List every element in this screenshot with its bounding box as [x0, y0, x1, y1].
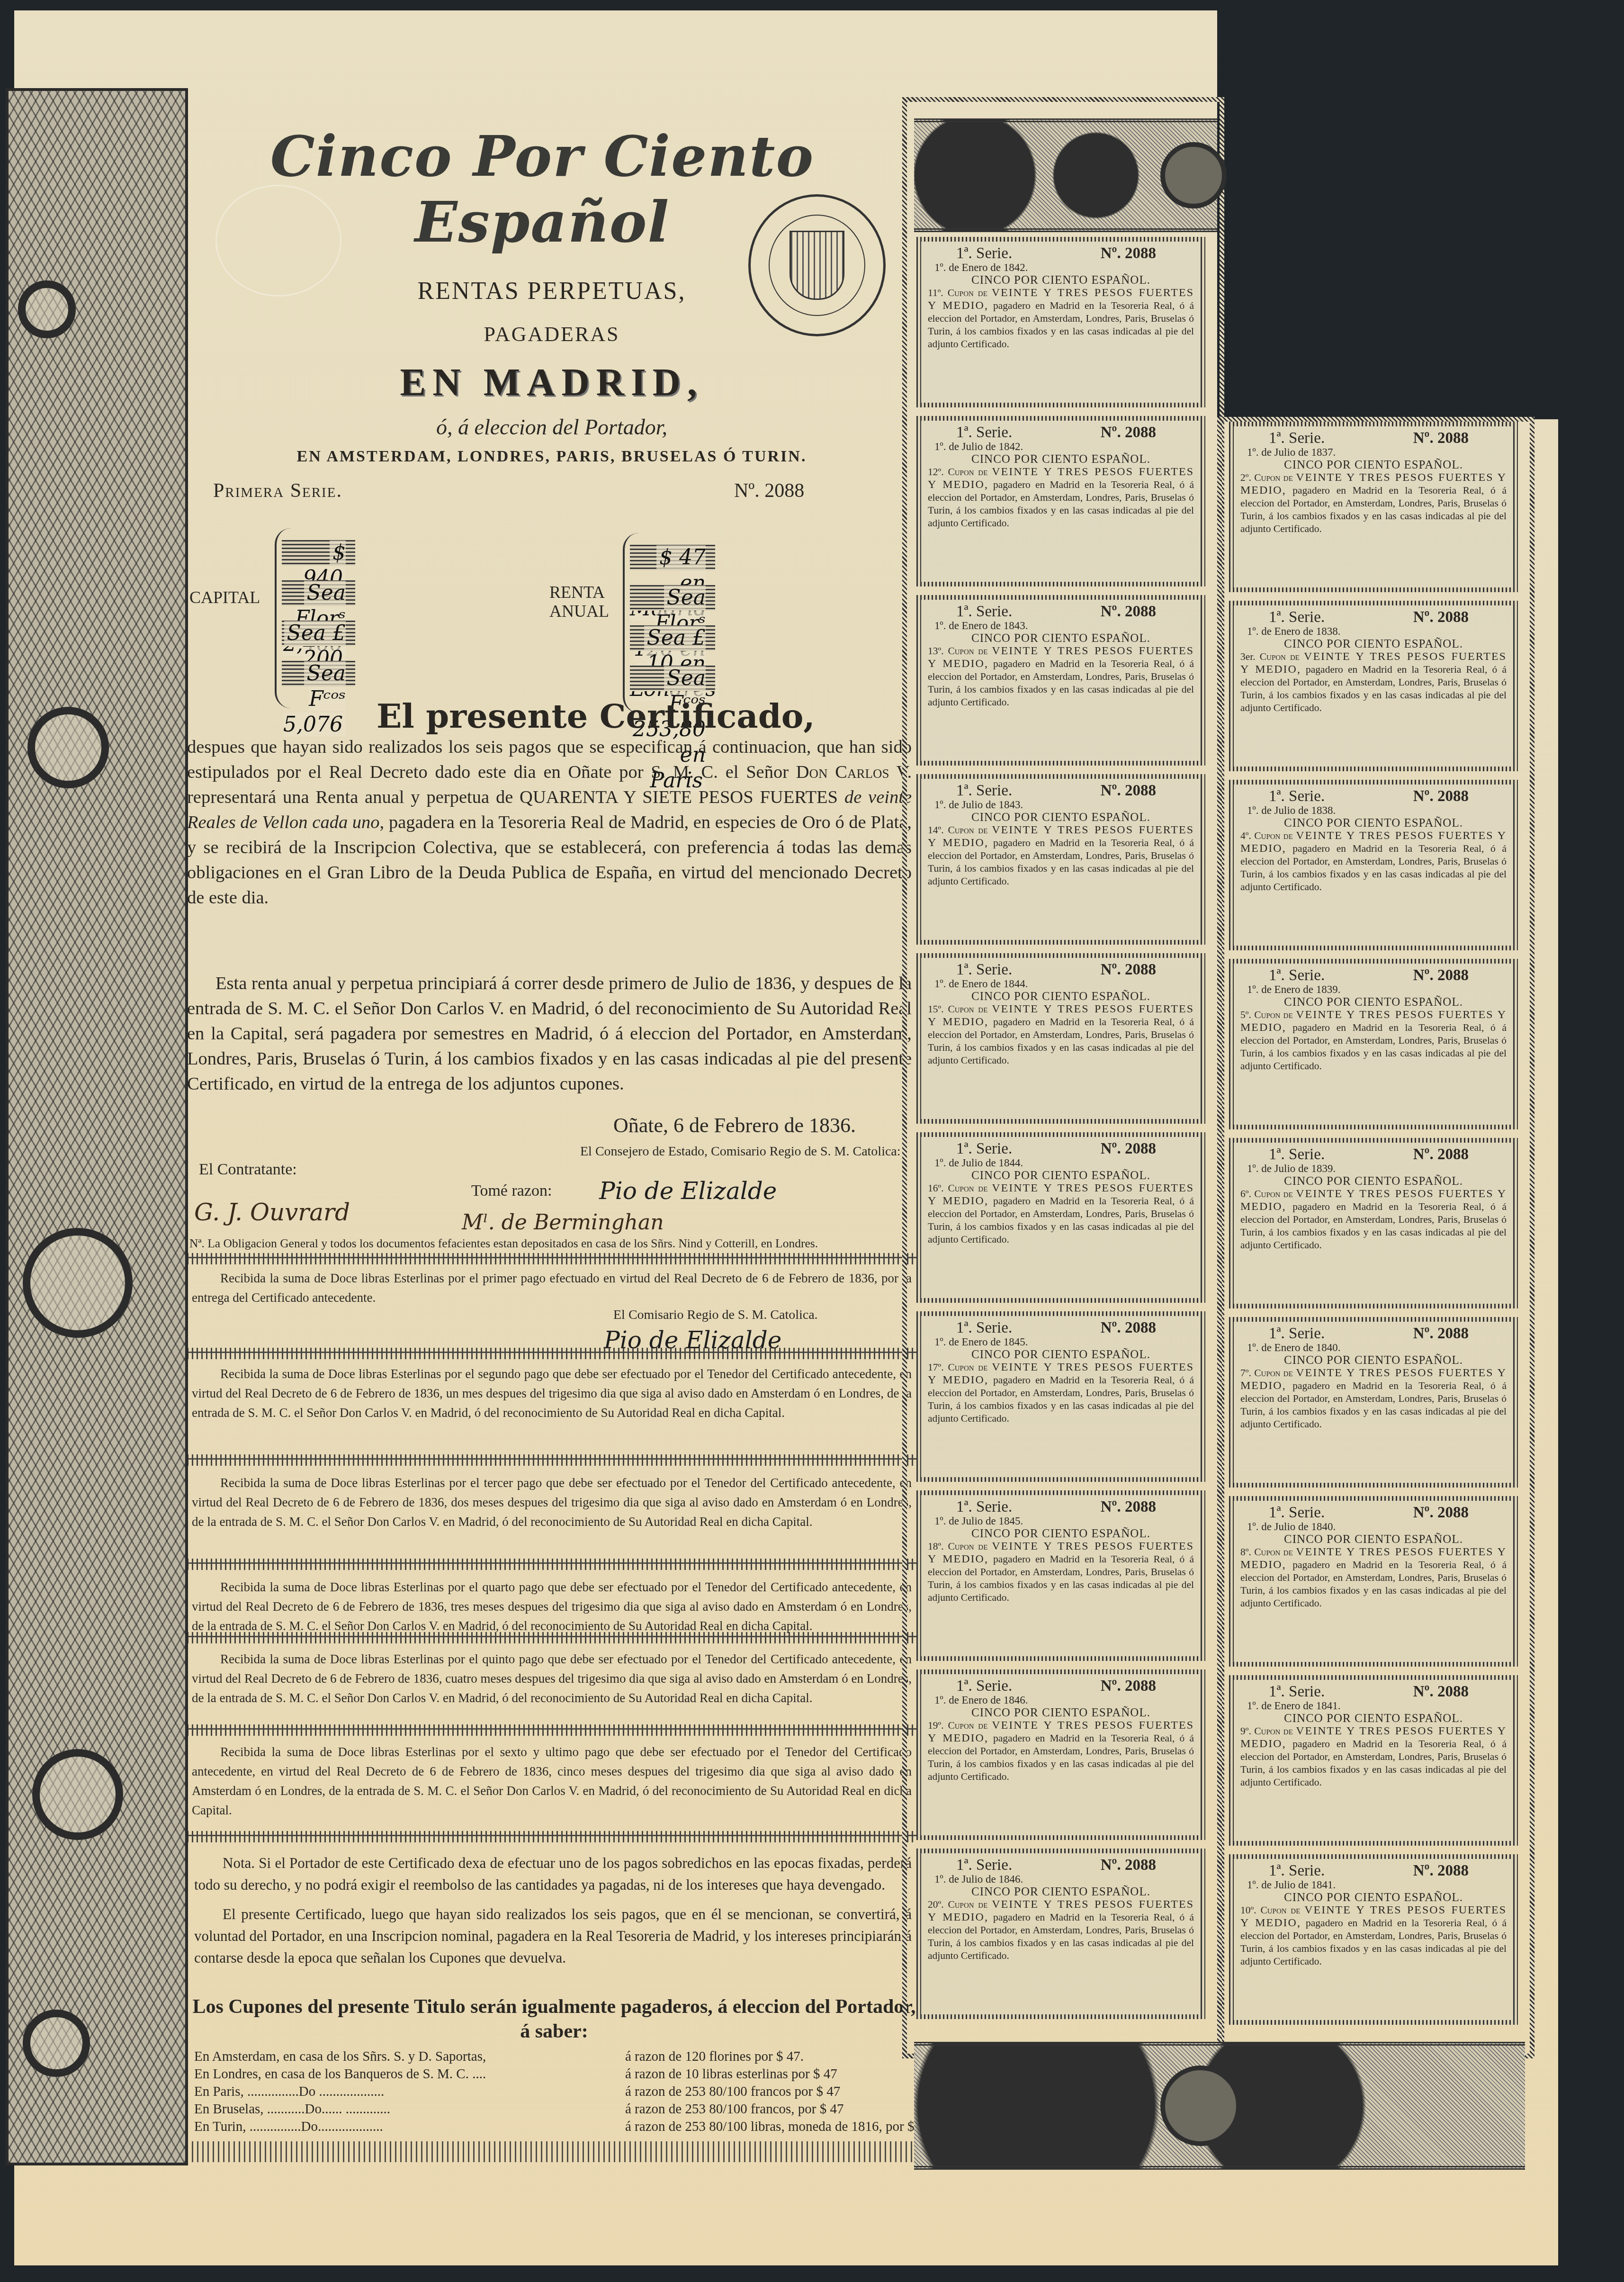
nota-section: Nota. Si el Portador de este Certificado… [194, 1852, 912, 1976]
contratante-label: El Contratante: [199, 1161, 297, 1179]
coupon-header: 1ª. Serie. Nº. 2088 [1240, 1326, 1507, 1341]
left-ornamental-border [6, 88, 188, 2165]
coupon-right_column-8: 1ª. Serie. Nº. 2088 1º. de Enero de 1841… [1229, 1675, 1518, 1846]
coupon-number: Nº. 2088 [1413, 790, 1469, 803]
coupon-date: 1º. de Enero de 1845. [928, 1335, 1194, 1348]
coupon-header: 1ª. Serie. Nº. 2088 [928, 783, 1194, 798]
coupon-right_column-6: 1ª. Serie. Nº. 2088 1º. de Enero de 1840… [1229, 1317, 1518, 1488]
coupon-ordinal: 6º. [1240, 1188, 1251, 1200]
receipt-signatory-label: El Comisario Regio de S. M. Catolica. [613, 1308, 818, 1323]
ornamental-divider [187, 1831, 916, 1842]
coupon-header: 1ª. Serie. Nº. 2088 [1240, 430, 1507, 446]
coupon-date: 1º. de Julio de 1845. [928, 1515, 1194, 1527]
coupon-heading: CINCO POR CIENTO ESPAÑOL. [1240, 1712, 1507, 1725]
coupon-ordinal: 14º. [928, 824, 944, 836]
coupon-ordinal: 8º. [1240, 1546, 1251, 1558]
coupon-header: 1ª. Serie. Nº. 2088 [1240, 1146, 1507, 1162]
receipt-2: Recibida la suma de Doce libras Esterlin… [192, 1364, 912, 1423]
coupon-heading: CINCO POR CIENTO ESPAÑOL. [928, 1169, 1194, 1182]
coupon-cupon-word: Cupon de [1254, 1546, 1293, 1558]
coupon-left_column-1: 1ª. Serie. Nº. 2088 1º. de Enero de 1842… [916, 237, 1205, 407]
coupon-left_column-9: 1ª. Serie. Nº. 2088 1º. de Enero de 1846… [916, 1669, 1205, 1840]
subtitle-rentas: RENTAS PERPETUAS, [187, 277, 916, 305]
royal-seal [748, 194, 886, 336]
coupon-right_column-5: 1ª. Serie. Nº. 2088 1º. de Julio de 1839… [1229, 1138, 1518, 1308]
coupon-heading: CINCO POR CIENTO ESPAÑOL. [1240, 1354, 1507, 1367]
ornamental-divider [187, 1724, 916, 1736]
nota-text: Nota. Si el Portador de este Certificado… [194, 1852, 912, 1896]
coupon-heading: CINCO POR CIENTO ESPAÑOL. [928, 1706, 1194, 1719]
coupon-serie: 1ª. Serie. [956, 1680, 1012, 1693]
coupon-serie: 1ª. Serie. [1269, 1327, 1325, 1340]
coupon-ordinal: 19º. [928, 1720, 944, 1731]
renta-label-line2: ANUAL [549, 602, 609, 621]
coupon-body: 11º. Cupon de VEINTE Y TRES PESOS FUERTE… [928, 287, 1194, 351]
coupon-serie: 1ª. Serie. [956, 605, 1012, 618]
coupon-heading: CINCO POR CIENTO ESPAÑOL. [928, 990, 1194, 1003]
coupon-cupon-word: Cupon de [948, 1362, 987, 1373]
coupon-cupon-word: Cupon de [948, 1720, 987, 1731]
renta-value: Sea Florˢ 120 en Amstᵐ [630, 585, 715, 611]
coupon-header: 1ª. Serie. Nº. 2088 [928, 1678, 1194, 1694]
coupon-header: 1ª. Serie. Nº. 2088 [928, 1141, 1194, 1156]
scroll-ornament-icon [27, 707, 109, 788]
ornamental-divider [187, 1348, 916, 1359]
coupon-header: 1ª. Serie. Nº. 2088 [928, 1857, 1194, 1873]
renta-value: Sea Fᶜᵒˢ 253,80 en Paris [630, 666, 715, 691]
coupon-body: 7º. Cupon de VEINTE Y TRES PESOS FUERTES… [1240, 1367, 1507, 1431]
coupon-body: 5º. Cupon de VEINTE Y TRES PESOS FUERTES… [1240, 1009, 1507, 1073]
coupon-heading: CINCO POR CIENTO ESPAÑOL. [928, 1885, 1194, 1898]
coupon-number: Nº. 2088 [1413, 1865, 1469, 1877]
coupon-number: Nº. 2088 [1101, 1143, 1156, 1155]
ornamental-divider [187, 1632, 916, 1643]
coupon-body: 19º. Cupon de VEINTE Y TRES PESOS FUERTE… [928, 1719, 1194, 1783]
certificate-number: Nº. 2088 [734, 479, 804, 502]
certificate-body-1: El presente Certificado, despues que hay… [187, 704, 912, 911]
coupon-body: 15º. Cupon de VEINTE Y TRES PESOS FUERTE… [928, 1003, 1194, 1067]
coupon-cupon-word: Cupon de [1254, 1725, 1293, 1737]
coupon-cupon-word: Cupon de [1254, 1009, 1293, 1020]
coupon-number: Nº. 2088 [1101, 1322, 1156, 1335]
coupon-number: Nº. 2088 [1101, 1501, 1156, 1514]
coupon-heading: CINCO POR CIENTO ESPAÑOL. [928, 632, 1194, 645]
subtitle-madrid: EN MADRID, [187, 360, 916, 405]
coupon-bottom-ornament [914, 2042, 1525, 2170]
rosette-ornament-icon [1160, 142, 1227, 208]
capital-value: Sea Fᶜᵒˢ 5,076 [282, 661, 355, 686]
coupon-header: 1ª. Serie. Nº. 2088 [1240, 1863, 1507, 1878]
coupon-heading: CINCO POR CIENTO ESPAÑOL. [928, 1527, 1194, 1540]
obligacion-note: Nª. La Obligacion General y todos los do… [189, 1236, 818, 1251]
coupon-top-ornament [914, 118, 1217, 232]
coupon-header: 1ª. Serie. Nº. 2088 [1240, 609, 1507, 625]
coupon-right_column-9: 1ª. Serie. Nº. 2088 1º. de Julio de 1841… [1229, 1854, 1518, 2025]
receipt-5: Recibida la suma de Doce libras Esterlin… [192, 1650, 912, 1708]
scroll-ornament-icon [18, 280, 76, 338]
renta-value: Sea £ 10 en Londres [630, 625, 715, 651]
capital-value: Sea Florˢ 2,400 [282, 580, 355, 606]
coupon-heading: CINCO POR CIENTO ESPAÑOL. [928, 811, 1194, 824]
coupon-cupon-word: Cupon de [948, 466, 987, 478]
coupon-heading: CINCO POR CIENTO ESPAÑOL. [1240, 638, 1507, 650]
coupon-cupon-word: Cupon de [948, 1899, 987, 1910]
coupon-ordinal: 9º. [1240, 1725, 1251, 1737]
coupon-cupon-word: Cupon de [1260, 1904, 1300, 1916]
coupon-left_column-10: 1ª. Serie. Nº. 2088 1º. de Julio de 1846… [916, 1849, 1205, 2019]
coupon-serie: 1ª. Serie. [1269, 432, 1325, 445]
coupon-number: Nº. 2088 [1101, 785, 1156, 797]
coupon-cupon-word: Cupon de [948, 1182, 987, 1194]
coupon-body: 6º. Cupon de VEINTE Y TRES PESOS FUERTES… [1240, 1188, 1507, 1252]
coupon-date: 1º. de Julio de 1846. [928, 1873, 1194, 1885]
coupon-header: 1ª. Serie. Nº. 2088 [928, 424, 1194, 440]
coupon-serie: 1ª. Serie. [956, 426, 1012, 439]
coupon-body: 17º. Cupon de VEINTE Y TRES PESOS FUERTE… [928, 1361, 1194, 1425]
receipt-4: Recibida la suma de Doce libras Esterlin… [192, 1578, 912, 1636]
coupon-serie: 1ª. Serie. [1269, 1148, 1325, 1161]
coupon-header: 1ª. Serie. Nº. 2088 [928, 245, 1194, 261]
capital-value: Sea £ 200 [282, 621, 355, 646]
issue-date: Oñate, 6 de Febrero de 1836. [613, 1113, 856, 1137]
coupon-serie: 1ª. Serie. [956, 964, 1012, 976]
coupon-number: Nº. 2088 [1101, 247, 1156, 260]
payment-row-paris: En Paris, ...............Do ............… [194, 2084, 914, 2100]
signature-tome-razon: Mˡ. de Berminghan [462, 1210, 664, 1235]
coupon-left_column-2: 1ª. Serie. Nº. 2088 1º. de Julio de 1842… [916, 416, 1205, 586]
payment-row-turin: En Turin, ...............Do.............… [194, 2119, 914, 2135]
cupones-heading: Los Cupones del presente Titulo serán ig… [192, 1994, 916, 2044]
coupon-heading: CINCO POR CIENTO ESPAÑOL. [1240, 459, 1507, 471]
coupon-date: 1º. de Julio de 1839. [1240, 1162, 1507, 1175]
coupon-serie: 1ª. Serie. [956, 785, 1012, 797]
coupon-number: Nº. 2088 [1413, 611, 1469, 624]
coupon-date: 1º. de Enero de 1843. [928, 619, 1194, 632]
scroll-ornament-icon [23, 1228, 133, 1338]
rosette-ornament-icon [1160, 2066, 1241, 2146]
coupon-heading: CINCO POR CIENTO ESPAÑOL. [928, 1348, 1194, 1361]
coupon-ordinal: 10º. [1240, 1904, 1256, 1916]
coupon-ordinal: 5º. [1240, 1009, 1251, 1020]
coupon-left_column-4: 1ª. Serie. Nº. 2088 1º. de Julio de 1843… [916, 774, 1205, 945]
coupon-serie: 1ª. Serie. [956, 247, 1012, 260]
coupon-body: 8º. Cupon de VEINTE Y TRES PESOS FUERTES… [1240, 1546, 1507, 1610]
coupon-date: 1º. de Julio de 1840. [1240, 1520, 1507, 1533]
background-mount-edge [1558, 0, 1624, 2282]
coupon-heading: CINCO POR CIENTO ESPAÑOL. [1240, 1175, 1507, 1188]
coupon-serie: 1ª. Serie. [956, 1501, 1012, 1514]
coupon-body: 9º. Cupon de VEINTE Y TRES PESOS FUERTES… [1240, 1725, 1507, 1789]
coupon-ordinal: 7º. [1240, 1367, 1251, 1379]
coupon-date: 1º. de Enero de 1846. [928, 1694, 1194, 1706]
coupon-number: Nº. 2088 [1101, 426, 1156, 439]
footer-ornamental-border [192, 2141, 916, 2162]
coupon-cupon-word: Cupon de [1254, 472, 1293, 483]
body-don-carlos: Don Carlos V. [796, 762, 912, 782]
coupon-date: 1º. de Julio de 1844. [928, 1156, 1194, 1169]
coupon-right_column-2: 1ª. Serie. Nº. 2088 1º. de Enero de 1838… [1229, 601, 1518, 771]
coupon-heading: CINCO POR CIENTO ESPAÑOL. [1240, 1533, 1507, 1546]
scroll-ornament-icon [23, 2010, 90, 2077]
coupon-header: 1ª. Serie. Nº. 2088 [928, 1499, 1194, 1515]
body-text: representará una Renta anual y perpetua … [187, 787, 844, 807]
coupon-header: 1ª. Serie. Nº. 2088 [928, 1320, 1194, 1335]
coupon-right_column-3: 1ª. Serie. Nº. 2088 1º. de Julio de 1838… [1229, 780, 1518, 950]
coupon-serie: 1ª. Serie. [1269, 611, 1325, 624]
coupon-ordinal: 18º. [928, 1541, 944, 1552]
coupon-serie: 1ª. Serie. [956, 1859, 1012, 1872]
conversion-text: El presente Certificado, luego que hayan… [194, 1903, 912, 1969]
signature-contratante: G. J. Ouvrard [194, 1199, 350, 1226]
certificate-body-2: Esta renta anual y perpetua principiará … [187, 971, 912, 1097]
coupon-ordinal: 4º. [1240, 830, 1251, 841]
coupon-left_column-3: 1ª. Serie. Nº. 2088 1º. de Enero de 1843… [916, 595, 1205, 766]
ornamental-divider [187, 1454, 916, 1466]
receipt-6: Recibida la suma de Doce libras Esterlin… [192, 1742, 912, 1820]
coupon-date: 1º. de Enero de 1842. [928, 261, 1194, 274]
subtitle-cities: EN AMSTERDAM, LONDRES, PARIS, BRUSELAS Ó… [187, 448, 916, 466]
coupon-heading: CINCO POR CIENTO ESPAÑOL. [1240, 817, 1507, 830]
coupon-serie: 1ª. Serie. [956, 1143, 1012, 1155]
serie-label: Primera Serie. [213, 479, 342, 502]
coupon-body: 14º. Cupon de VEINTE Y TRES PESOS FUERTE… [928, 824, 1194, 888]
coupon-date: 1º. de Enero de 1838. [1240, 625, 1507, 638]
coupon-body: 16º. Cupon de VEINTE Y TRES PESOS FUERTE… [928, 1182, 1194, 1246]
coupon-serie: 1ª. Serie. [956, 1322, 1012, 1335]
coupon-date: 1º. de Enero de 1840. [1240, 1341, 1507, 1354]
coupon-number: Nº. 2088 [1413, 432, 1469, 445]
coupon-number: Nº. 2088 [1413, 1506, 1469, 1519]
coupon-date: 1º. de Julio de 1837. [1240, 446, 1507, 459]
coupon-ordinal: 12º. [928, 466, 944, 478]
coupon-serie: 1ª. Serie. [1269, 790, 1325, 803]
coupon-header: 1ª. Serie. Nº. 2088 [1240, 1684, 1507, 1699]
coupon-ordinal: 2º. [1240, 472, 1251, 483]
coupon-ordinal: 20º. [928, 1899, 944, 1910]
coupon-header: 1ª. Serie. Nº. 2088 [928, 962, 1194, 977]
coupon-date: 1º. de Julio de 1841. [1240, 1878, 1507, 1891]
coupon-heading: CINCO POR CIENTO ESPAÑOL. [928, 274, 1194, 287]
coupon-cupon-word: Cupon de [1254, 830, 1293, 841]
coupon-heading: CINCO POR CIENTO ESPAÑOL. [1240, 1891, 1507, 1904]
coupon-ordinal: 17º. [928, 1362, 944, 1373]
payment-row-londres: En Londres, en casa de los Banqueros de … [194, 2066, 914, 2082]
receipt-1: Recibida la suma de Doce libras Esterlin… [192, 1269, 912, 1308]
coupon-serie: 1ª. Serie. [1269, 1865, 1325, 1877]
coupon-left_column-8: 1ª. Serie. Nº. 2088 1º. de Julio de 1845… [916, 1490, 1205, 1661]
coupon-body: 2º. Cupon de VEINTE Y TRES PESOS FUERTES… [1240, 471, 1507, 535]
coupon-number: Nº. 2088 [1101, 605, 1156, 618]
coupon-heading: CINCO POR CIENTO ESPAÑOL. [928, 453, 1194, 466]
ornamental-divider [187, 1559, 916, 1570]
coupon-body: 4º. Cupon de VEINTE Y TRES PESOS FUERTES… [1240, 830, 1507, 893]
capital-label: CAPITAL [189, 587, 260, 607]
coupon-serie: 1ª. Serie. [1269, 1506, 1325, 1519]
coupon-cupon-word: Cupon de [948, 287, 987, 298]
coupon-date: 1º. de Julio de 1838. [1240, 804, 1507, 817]
coupon-cupon-word: Cupon de [948, 645, 987, 657]
coupon-body: 20º. Cupon de VEINTE Y TRES PESOS FUERTE… [928, 1898, 1194, 1962]
coupon-left_column-7: 1ª. Serie. Nº. 2088 1º. de Enero de 1845… [916, 1311, 1205, 1482]
coupon-cupon-word: Cupon de [948, 824, 987, 836]
coupon-cupon-word: Cupon de [948, 1541, 987, 1552]
coupon-cupon-word: Cupon de [948, 1003, 987, 1015]
subtitle-eleccion: ó, á eleccion del Portador, [187, 415, 916, 440]
coupon-ordinal: 15º. [928, 1003, 944, 1015]
coupon-ordinal: 11º. [928, 287, 943, 298]
coupon-body: 13º. Cupon de VEINTE Y TRES PESOS FUERTE… [928, 645, 1194, 709]
payment-row-bruselas: En Bruselas, ...........Do...... .......… [194, 2102, 914, 2117]
coupon-number: Nº. 2088 [1413, 1148, 1469, 1161]
coupon-right_column-4: 1ª. Serie. Nº. 2088 1º. de Enero de 1839… [1229, 959, 1518, 1129]
coupon-ordinal: 13º. [928, 645, 944, 657]
receipt-3: Recibida la suma de Doce libras Esterlin… [192, 1473, 912, 1532]
coupon-body: 10º. Cupon de VEINTE Y TRES PESOS FUERTE… [1240, 1904, 1507, 1968]
coupon-right_column-7: 1ª. Serie. Nº. 2088 1º. de Julio de 1840… [1229, 1496, 1518, 1667]
renta-anual-label: RENTA ANUAL [549, 583, 609, 621]
tome-razon-label: Tomé razon: [471, 1182, 552, 1200]
coupon-date: 1º. de Julio de 1843. [928, 798, 1194, 811]
coupon-header: 1ª. Serie. Nº. 2088 [1240, 1505, 1507, 1520]
ornamental-divider [187, 1253, 916, 1264]
consejero-label: El Consejero de Estado, Comisario Regio … [580, 1144, 901, 1159]
coupon-header: 1ª. Serie. Nº. 2088 [1240, 967, 1507, 983]
coupon-date: 1º. de Enero de 1839. [1240, 983, 1507, 996]
coupon-left_column-6: 1ª. Serie. Nº. 2088 1º. de Julio de 1844… [916, 1132, 1205, 1303]
coupon-serie: 1ª. Serie. [1269, 1686, 1325, 1698]
coupon-body: 12º. Cupon de VEINTE Y TRES PESOS FUERTE… [928, 466, 1194, 530]
coupon-header: 1ª. Serie. Nº. 2088 [928, 604, 1194, 619]
coupon-left_column-5: 1ª. Serie. Nº. 2088 1º. de Enero de 1844… [916, 953, 1205, 1124]
coupon-date: 1º. de Enero de 1841. [1240, 1699, 1507, 1712]
coupon-cupon-word: Cupon de [1260, 651, 1300, 662]
payment-row-amsterdam: En Amsterdam, en casa de los Sñrs. S. y … [194, 2049, 914, 2065]
scroll-ornament-icon [32, 1749, 123, 1840]
coupon-number: Nº. 2088 [1101, 1680, 1156, 1693]
coupon-body: 3er. Cupon de VEINTE Y TRES PESOS FUERTE… [1240, 650, 1507, 714]
capital-value: $ 940 [282, 540, 355, 566]
coupon-number: Nº. 2088 [1413, 1686, 1469, 1698]
coupon-right_column-1: 1ª. Serie. Nº. 2088 1º. de Julio de 1837… [1229, 422, 1518, 592]
coupon-body: 18º. Cupon de VEINTE Y TRES PESOS FUERTE… [928, 1540, 1194, 1604]
coupon-number: Nº. 2088 [1413, 969, 1469, 982]
coupon-cupon-word: Cupon de [1254, 1188, 1293, 1200]
coupon-number: Nº. 2088 [1101, 1859, 1156, 1872]
coupon-header: 1ª. Serie. Nº. 2088 [1240, 788, 1507, 804]
coupon-date: 1º. de Enero de 1844. [928, 977, 1194, 990]
coupon-serie: 1ª. Serie. [1269, 969, 1325, 982]
coupon-heading: CINCO POR CIENTO ESPAÑOL. [1240, 996, 1507, 1009]
coupon-date: 1º. de Julio de 1842. [928, 440, 1194, 453]
signature-comisario: Pio de Elizalde [599, 1177, 777, 1205]
coupon-number: Nº. 2088 [1101, 964, 1156, 976]
coupon-number: Nº. 2088 [1413, 1327, 1469, 1340]
renta-value: $ 47 en Madrid [630, 545, 715, 570]
coupon-ordinal: 3er. [1240, 651, 1256, 662]
subtitle-pagaderas: PAGADERAS [187, 322, 916, 346]
coupon-ordinal: 16º. [928, 1182, 944, 1194]
coupon-cupon-word: Cupon de [1254, 1367, 1293, 1379]
body-lead: El presente Certificado, [377, 696, 815, 736]
renta-label-line1: RENTA [549, 583, 609, 602]
